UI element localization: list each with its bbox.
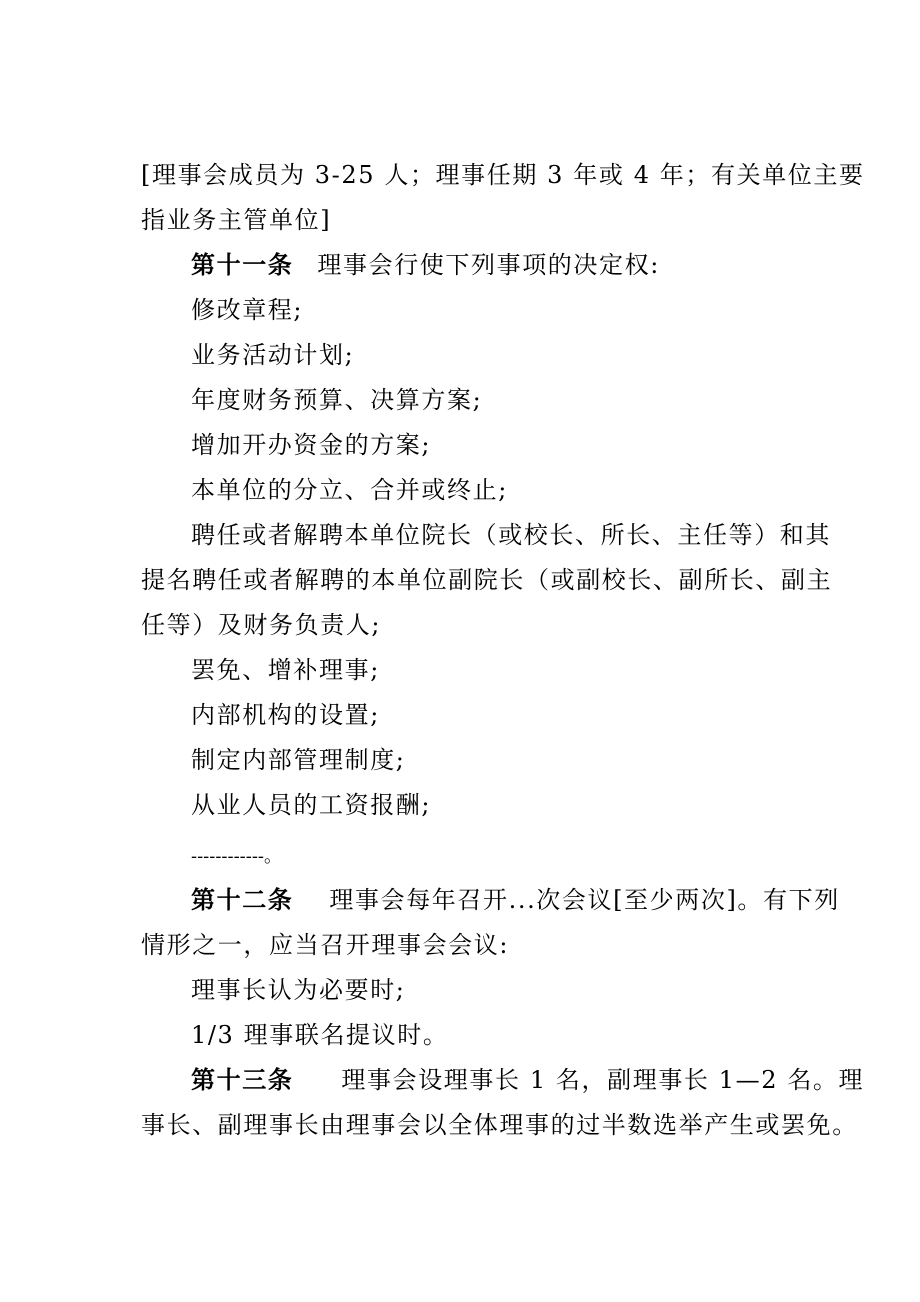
list-item: 1/3 理事联名提议时。 bbox=[191, 1020, 448, 1050]
line-text: 从业人员的工资报酬; bbox=[191, 791, 431, 819]
line-text: 指业务主管单位] bbox=[141, 206, 331, 234]
line-text: 年度财务预算、决算方案; bbox=[191, 386, 482, 414]
list-item: 年度财务预算、决算方案; bbox=[191, 385, 482, 415]
paragraph-line: [理事会成员为 3-25 人；理事任期 3 年或 4 年；有关单位主要 bbox=[141, 160, 865, 190]
line-text: 情形之一，应当召开理事会会议: bbox=[141, 931, 509, 959]
line-text: 增加开办资金的方案; bbox=[191, 431, 431, 459]
line-text: 修改章程; bbox=[191, 296, 303, 324]
list-item: 业务活动计划; bbox=[191, 340, 354, 370]
paragraph-line: 任等）及财务负责人; bbox=[141, 610, 381, 640]
line-text: 理事会行使下列事项的决定权: bbox=[317, 251, 660, 279]
line-text: 制定内部管理制度; bbox=[191, 746, 406, 774]
list-item: 本单位的分立、合并或终止; bbox=[191, 475, 508, 505]
list-item: 理事长认为必要时; bbox=[191, 975, 406, 1005]
article-13-line: 第十三条理事会设理事长 1 名，副理事长 1—2 名。理 bbox=[191, 1065, 864, 1095]
line-text: 理事会设理事长 1 名，副理事长 1—2 名。理 bbox=[341, 1066, 864, 1094]
line-text: 内部机构的设置; bbox=[191, 701, 380, 729]
list-item: 修改章程; bbox=[191, 295, 303, 325]
paragraph-line: 事长、副理事长由理事会以全体理事的过半数选举产生或罢免。 bbox=[141, 1110, 858, 1140]
article-11-line: 第十一条理事会行使下列事项的决定权: bbox=[191, 250, 660, 280]
document-page: [理事会成员为 3-25 人；理事任期 3 年或 4 年；有关单位主要 指业务主… bbox=[0, 0, 920, 1302]
paragraph-line: 指业务主管单位] bbox=[141, 205, 331, 235]
line-text: ------------。 bbox=[191, 846, 282, 867]
line-text: [理事会成员为 3-25 人；理事任期 3 年或 4 年；有关单位主要 bbox=[141, 161, 865, 189]
line-text: 理事长认为必要时; bbox=[191, 976, 406, 1004]
article-heading: 第十一条 bbox=[191, 250, 293, 279]
line-text: 聘任或者解聘本单位院长（或校长、所长、主任等）和其 bbox=[191, 521, 831, 549]
article-heading: 第十二条 bbox=[191, 885, 293, 914]
article-12-line: 第十二条理事会每年召开...次会议[至少两次]。有下列 bbox=[191, 885, 840, 915]
article-heading: 第十三条 bbox=[191, 1065, 293, 1094]
line-text: 业务活动计划; bbox=[191, 341, 354, 369]
list-item: 制定内部管理制度; bbox=[191, 745, 406, 775]
line-text: 事长、副理事长由理事会以全体理事的过半数选举产生或罢免。 bbox=[141, 1111, 858, 1139]
line-text: 本单位的分立、合并或终止; bbox=[191, 476, 508, 504]
line-text: 1/3 理事联名提议时。 bbox=[191, 1021, 448, 1049]
list-item: 增加开办资金的方案; bbox=[191, 430, 431, 460]
line-text: 理事会每年召开...次会议[至少两次]。有下列 bbox=[329, 886, 839, 914]
ellipsis-line: ------------。 bbox=[191, 842, 282, 872]
paragraph-line: 情形之一，应当召开理事会会议: bbox=[141, 930, 509, 960]
list-item: 聘任或者解聘本单位院长（或校长、所长、主任等）和其 bbox=[191, 520, 831, 550]
line-text: 罢免、增补理事; bbox=[191, 656, 380, 684]
list-item: 内部机构的设置; bbox=[191, 700, 380, 730]
list-item: 从业人员的工资报酬; bbox=[191, 790, 431, 820]
paragraph-line: 提名聘任或者解聘的本单位副院长（或副校长、副所长、副主 bbox=[141, 565, 832, 595]
line-text: 任等）及财务负责人; bbox=[141, 611, 381, 639]
line-text: 提名聘任或者解聘的本单位副院长（或副校长、副所长、副主 bbox=[141, 566, 832, 594]
list-item: 罢免、增补理事; bbox=[191, 655, 380, 685]
